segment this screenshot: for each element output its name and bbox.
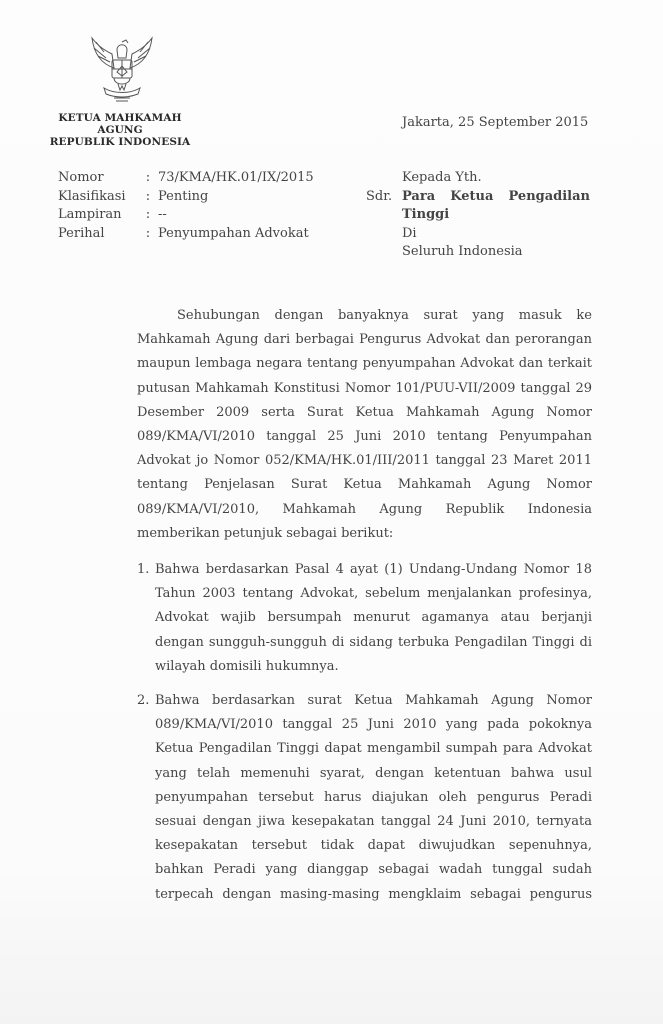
list-item: 2.Bahwa berdasarkan surat Ketua Mahkamah… xyxy=(137,689,592,907)
intro-line: Mahkamah Agung dari berbagai Pengurus Ad… xyxy=(137,328,592,352)
list-item-number: 1. xyxy=(137,558,155,679)
meta-label: Nomor xyxy=(58,169,138,188)
intro-line: Sehubungan dengan banyaknya surat yang m… xyxy=(137,304,592,328)
meta-row-perihal: Perihal : Penyumpahan Advokat xyxy=(58,225,314,244)
meta-row-lampiran: Lampiran : -- xyxy=(58,206,314,225)
intro-line: Advokat jo Nomor 052/KMA/HK.01/III/2011 … xyxy=(137,449,592,473)
recipient-prefix-spacer xyxy=(366,206,402,225)
list-item-line: yang telah memenuhi syarat, dengan keten… xyxy=(155,762,592,786)
meta-row-nomor: Nomor : 73/KMA/HK.01/IX/2015 xyxy=(58,169,314,188)
meta-colon: : xyxy=(138,225,158,244)
meta-label: Perihal xyxy=(58,225,138,244)
recipient-at-row: Di xyxy=(366,225,590,244)
issuer-block: KETUA MAHKAMAH AGUNG REPUBLIK INDONESIA xyxy=(40,112,200,148)
recipient-location-row: Seluruh Indonesia xyxy=(366,243,590,262)
recipient-prefix: Sdr. xyxy=(366,188,402,207)
list-item-line: 089/KMA/VI/2010 tanggal 25 Juni 2010 yan… xyxy=(155,713,592,737)
meta-value: 73/KMA/HK.01/IX/2015 xyxy=(158,169,314,188)
recipient-location: Seluruh Indonesia xyxy=(402,243,590,262)
recipient-name-row-2: Tinggi xyxy=(366,206,590,225)
recipient-greeting: Kepada Yth. xyxy=(402,169,590,188)
recipient-name-line2: Tinggi xyxy=(402,206,590,225)
recipient-greeting-row: Kepada Yth. xyxy=(366,169,590,188)
issuer-line1: KETUA MAHKAMAH AGUNG xyxy=(40,112,200,136)
recipient-at: Di xyxy=(402,225,590,244)
list-item-line: Bahwa berdasarkan surat Ketua Mahkamah A… xyxy=(155,689,592,713)
intro-paragraph: Sehubungan dengan banyaknya surat yang m… xyxy=(137,304,592,546)
meta-row-klasifikasi: Klasifikasi : Penting xyxy=(58,188,314,207)
intro-line: memberikan petunjuk sebagai berikut: xyxy=(137,522,592,546)
meta-value: Penyumpahan Advokat xyxy=(158,225,309,244)
meta-colon: : xyxy=(138,206,158,225)
letter-body: Sehubungan dengan banyaknya surat yang m… xyxy=(137,304,592,917)
intro-line: 089/KMA/VI/2010 tanggal 25 Juni 2010 ten… xyxy=(137,425,592,449)
issuer-line2: REPUBLIK INDONESIA xyxy=(40,136,200,148)
letter-metadata: Nomor : 73/KMA/HK.01/IX/2015 Klasifikasi… xyxy=(58,169,314,243)
list-item-line: kesepakatan tersebut tidak dapat diwujud… xyxy=(155,834,592,858)
recipient-prefix-spacer xyxy=(366,169,402,188)
place-date: Jakarta, 25 September 2015 xyxy=(402,115,588,130)
list-item-line: terpecah dengan masing-masing mengklaim … xyxy=(155,883,592,907)
meta-label: Klasifikasi xyxy=(58,188,138,207)
recipient-name-row: Sdr. Para Ketua Pengadilan xyxy=(366,188,590,207)
garuda-emblem-icon xyxy=(84,28,160,110)
intro-line: 089/KMA/VI/2010, Mahkamah Agung Republik… xyxy=(137,498,592,522)
list-item: 1.Bahwa berdasarkan Pasal 4 ayat (1) Und… xyxy=(137,558,592,679)
list-item-text: Bahwa berdasarkan Pasal 4 ayat (1) Undan… xyxy=(155,558,592,679)
letter-page: KETUA MAHKAMAH AGUNG REPUBLIK INDONESIA … xyxy=(0,0,663,1024)
numbered-list: 1.Bahwa berdasarkan Pasal 4 ayat (1) Und… xyxy=(137,558,592,907)
list-item-line: penyumpahan tersebut harus diajukan oleh… xyxy=(155,786,592,810)
meta-label: Lampiran xyxy=(58,206,138,225)
intro-line: maupun lembaga negara tentang penyumpaha… xyxy=(137,352,592,376)
recipient-prefix-spacer xyxy=(366,243,402,262)
intro-line: tentang Penjelasan Surat Ketua Mahkamah … xyxy=(137,473,592,497)
list-item-line: sesuai dengan jiwa kesepakatan tanggal 2… xyxy=(155,810,592,834)
list-item-line: Bahwa berdasarkan Pasal 4 ayat (1) Undan… xyxy=(155,558,592,582)
recipient-name-line1: Para Ketua Pengadilan xyxy=(402,188,590,207)
list-item-number: 2. xyxy=(137,689,155,907)
intro-line: Desember 2009 serta Surat Ketua Mahkamah… xyxy=(137,401,592,425)
recipient-prefix-spacer xyxy=(366,225,402,244)
list-item-line: Advokat wajib bersumpah menurut agamanya… xyxy=(155,606,592,630)
list-item-line: bahkan Peradi yang dianggap sebagai wada… xyxy=(155,858,592,882)
meta-colon: : xyxy=(138,169,158,188)
intro-line: putusan Mahkamah Konstitusi Nomor 101/PU… xyxy=(137,377,592,401)
list-item-line: Ketua Pengadilan Tinggi dapat mengambil … xyxy=(155,737,592,761)
list-item-line: wilayah domisili hukumnya. xyxy=(155,655,592,679)
meta-value: -- xyxy=(158,206,167,225)
meta-colon: : xyxy=(138,188,158,207)
list-item-line: Tahun 2003 tentang Advokat, sebelum menj… xyxy=(155,582,592,606)
list-item-text: Bahwa berdasarkan surat Ketua Mahkamah A… xyxy=(155,689,592,907)
meta-value: Penting xyxy=(158,188,208,207)
recipient-block: Kepada Yth. Sdr. Para Ketua Pengadilan T… xyxy=(366,169,590,262)
list-item-line: dengan sungguh-sungguh di sidang terbuka… xyxy=(155,631,592,655)
